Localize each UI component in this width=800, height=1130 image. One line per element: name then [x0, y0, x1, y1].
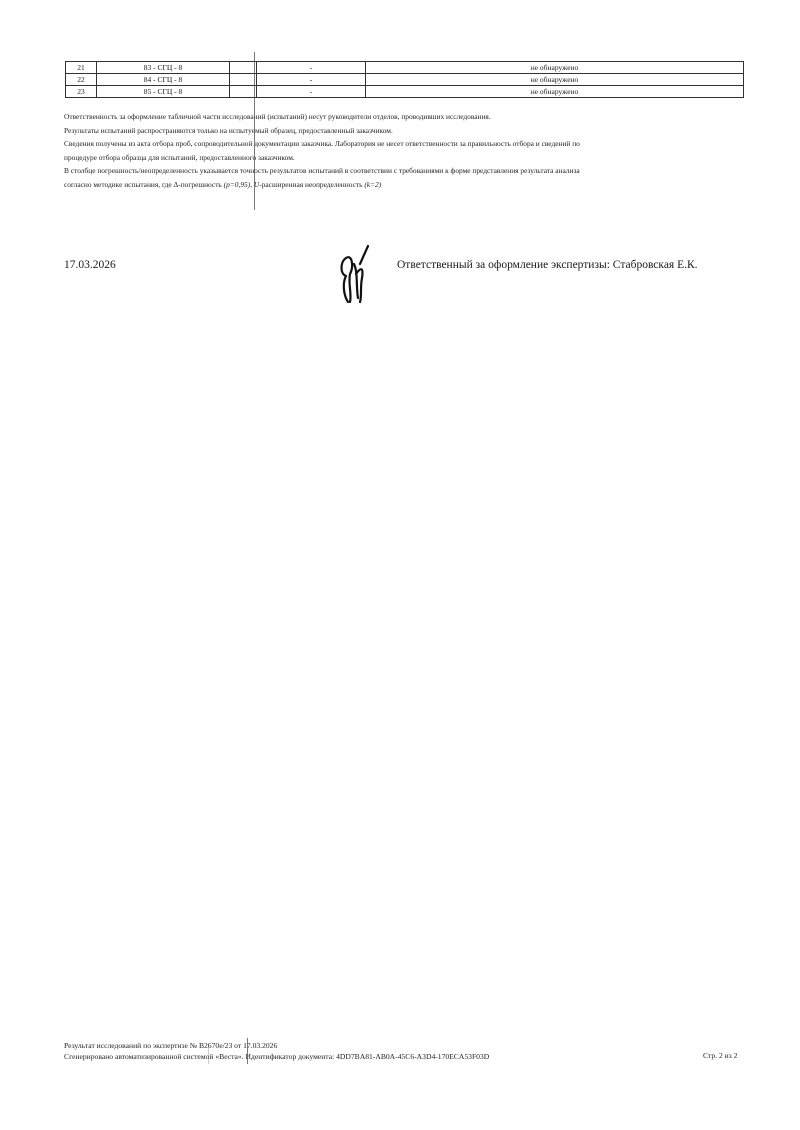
table-row: 21 83 - СГЦ - 8 - не обнаружено — [66, 62, 744, 74]
cell-empty — [230, 86, 257, 98]
sample-code: 84 - СГЦ - 8 — [97, 74, 230, 86]
note-responsibility: Ответственность за оформление табличной … — [64, 110, 754, 124]
row-number: 23 — [66, 86, 97, 98]
uncertainty-cell: - — [257, 86, 366, 98]
responsible-person: Ответственный за оформление экспертизы: … — [397, 259, 698, 271]
note-scope: Результаты испытаний распространяются то… — [64, 124, 754, 138]
scan-artifact-line — [254, 52, 255, 210]
note-uncertainty-cont: согласно методике испытания, где Δ-погре… — [64, 178, 754, 192]
footer-generated-by: Сгенерировано автоматизированной системо… — [64, 1052, 489, 1063]
cell-empty — [230, 62, 257, 74]
note-source-cont: процедуре отбора образца для испытаний, … — [64, 151, 754, 165]
cell-empty — [230, 74, 257, 86]
notes-block: Ответственность за оформление табличной … — [64, 110, 754, 192]
results-table: 21 83 - СГЦ - 8 - не обнаружено 22 84 - … — [65, 61, 744, 98]
page-number: Стр. 2 из 2 — [703, 1051, 737, 1060]
sample-code: 85 - СГЦ - 8 — [97, 86, 230, 98]
footer: Результат исследований по экспертизе № В… — [64, 1041, 489, 1062]
uncertainty-cell: - — [257, 74, 366, 86]
table-row: 22 84 - СГЦ - 8 - не обнаружено — [66, 74, 744, 86]
scan-artifact-line — [247, 1038, 248, 1064]
result-cell: не обнаружено — [366, 74, 744, 86]
uncertainty-cell: - — [257, 62, 366, 74]
scan-artifact-line — [208, 1046, 209, 1064]
row-number: 22 — [66, 74, 97, 86]
sample-code: 83 - СГЦ - 8 — [97, 62, 230, 74]
result-cell: не обнаружено — [366, 86, 744, 98]
result-cell: не обнаружено — [366, 62, 744, 74]
row-number: 21 — [66, 62, 97, 74]
signoff-date: 17.03.2026 — [64, 259, 116, 271]
note-source: Сведения получены из акта отбора проб, с… — [64, 137, 754, 151]
note-uncertainty: В столбце погрешность/неопределенность у… — [64, 164, 754, 178]
signature-icon — [336, 244, 372, 308]
table-row: 23 85 - СГЦ - 8 - не обнаружено — [66, 86, 744, 98]
footer-expertise-ref: Результат исследований по экспертизе № В… — [64, 1041, 489, 1052]
